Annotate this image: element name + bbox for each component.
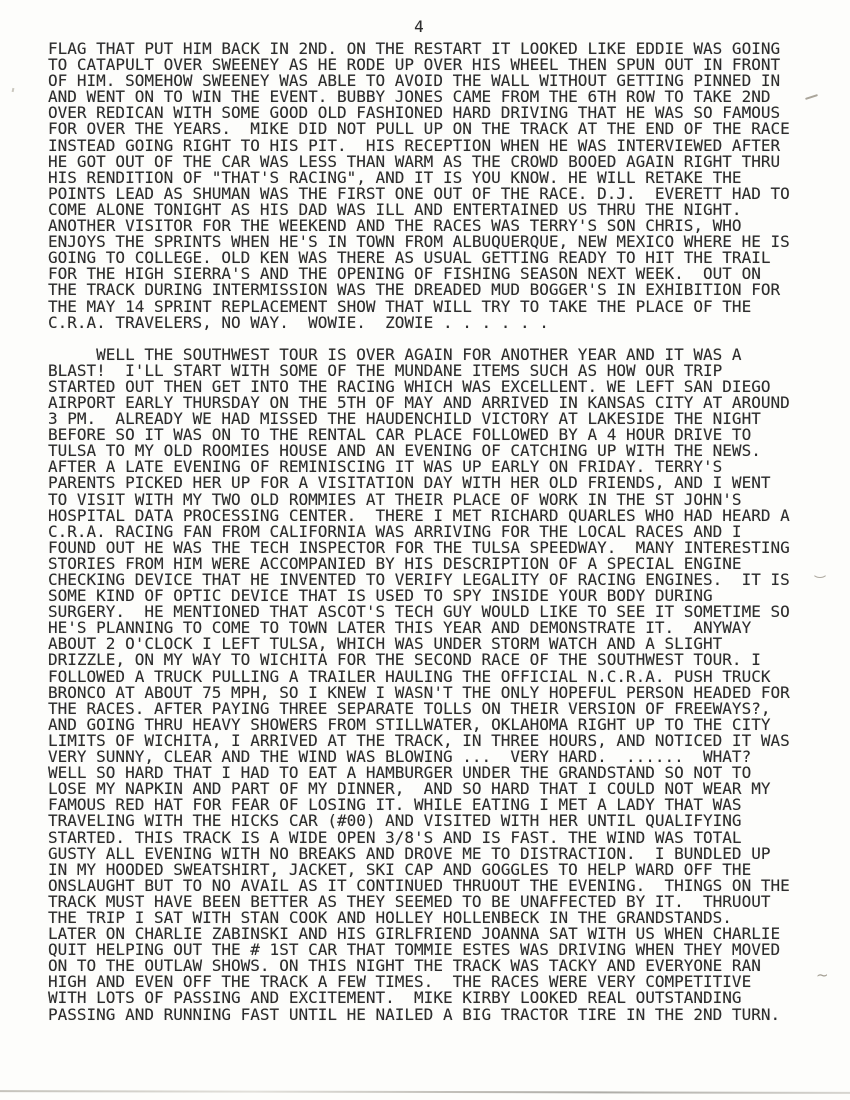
scan-speck-artifact <box>12 88 15 92</box>
scan-bottom-edge <box>0 1090 850 1093</box>
scan-pen-mark-artifact <box>805 94 818 100</box>
body-text: FLAG THAT PUT HIM BACK IN 2ND. ON THE RE… <box>48 41 790 1023</box>
scan-curl-artifact <box>812 566 828 578</box>
paragraph: FLAG THAT PUT HIM BACK IN 2ND. ON THE RE… <box>48 41 790 331</box>
text-line: C.R.A. TRAVELERS, NO WAY. WOWIE. ZOWIE .… <box>48 315 790 331</box>
scan-tilde-artifact: ~ <box>816 966 829 984</box>
text-line: PASSING AND RUNNING FAST UNTIL HE NAILED… <box>48 1007 790 1023</box>
document-page: 4 FLAG THAT PUT HIM BACK IN 2ND. ON THE … <box>0 0 850 1100</box>
page-number: 4 <box>48 18 790 36</box>
paragraph: WELL THE SOUTHWEST TOUR IS OVER AGAIN FO… <box>48 347 790 1023</box>
